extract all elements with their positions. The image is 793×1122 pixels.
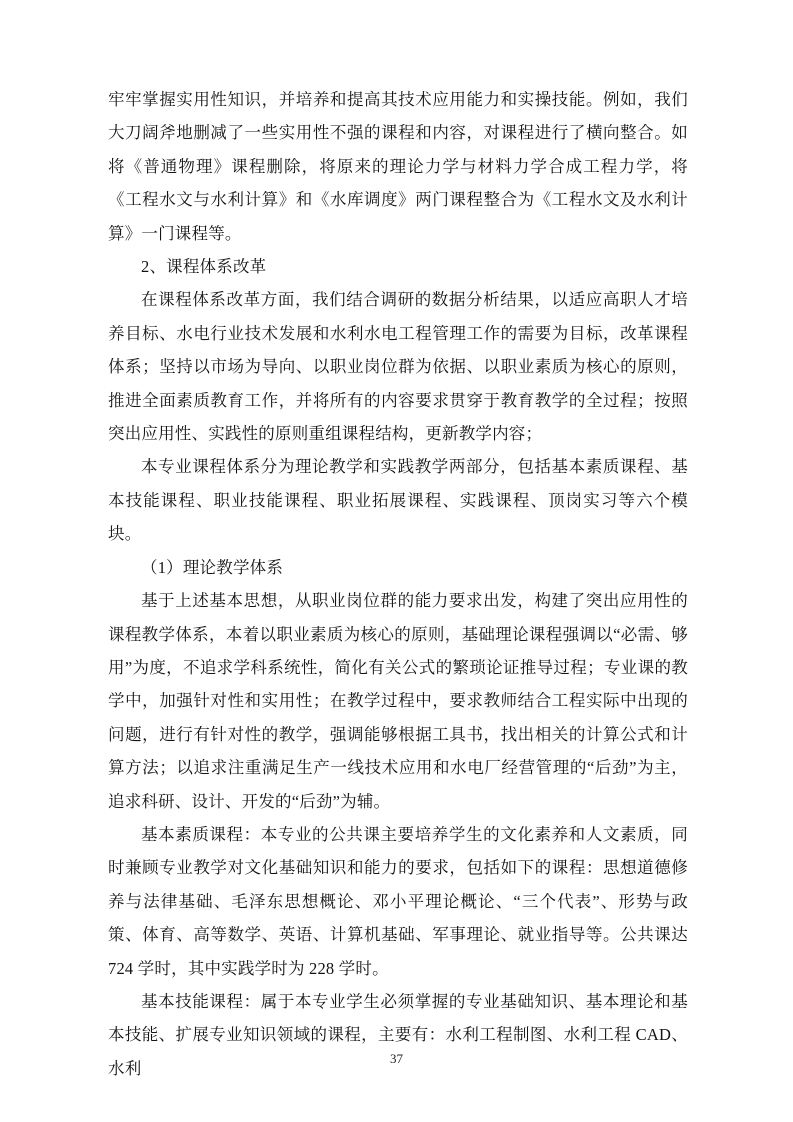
body-paragraph: 本专业课程体系分为理论教学和实践教学两部分，包括基本素质课程、基本技能课程、职业… [108, 450, 688, 550]
text-body: 牢牢掌握实用性知识，并培养和提高其技术应用能力和实操技能。例如，我们大刀阔斧地删… [108, 83, 688, 1085]
subsection-heading-theory-teaching-system: （1）理论教学体系 [108, 551, 688, 584]
body-paragraph: 基本素质课程：本专业的公共课主要培养学生的文化素养和人文素质，同时兼顾专业教学对… [108, 818, 688, 985]
body-paragraph: 基本技能课程：属于本专业学生必须掌握的专业基础知识、基本理论和基本技能、扩展专业… [108, 985, 688, 1085]
page-number: 37 [0, 1051, 793, 1067]
body-paragraph-continuation: 牢牢掌握实用性知识，并培养和提高其技术应用能力和实操技能。例如，我们大刀阔斧地删… [108, 83, 688, 250]
body-paragraph: 在课程体系改革方面，我们结合调研的数据分析结果，以适应高职人才培养目标、水电行业… [108, 283, 688, 450]
section-heading-curriculum-reform: 2、课程体系改革 [108, 250, 688, 283]
body-paragraph: 基于上述基本思想，从职业岗位群的能力要求出发，构建了突出应用性的课程教学体系，本… [108, 584, 688, 818]
document-page: 牢牢掌握实用性知识，并培养和提高其技术应用能力和实操技能。例如，我们大刀阔斧地删… [0, 0, 793, 1122]
